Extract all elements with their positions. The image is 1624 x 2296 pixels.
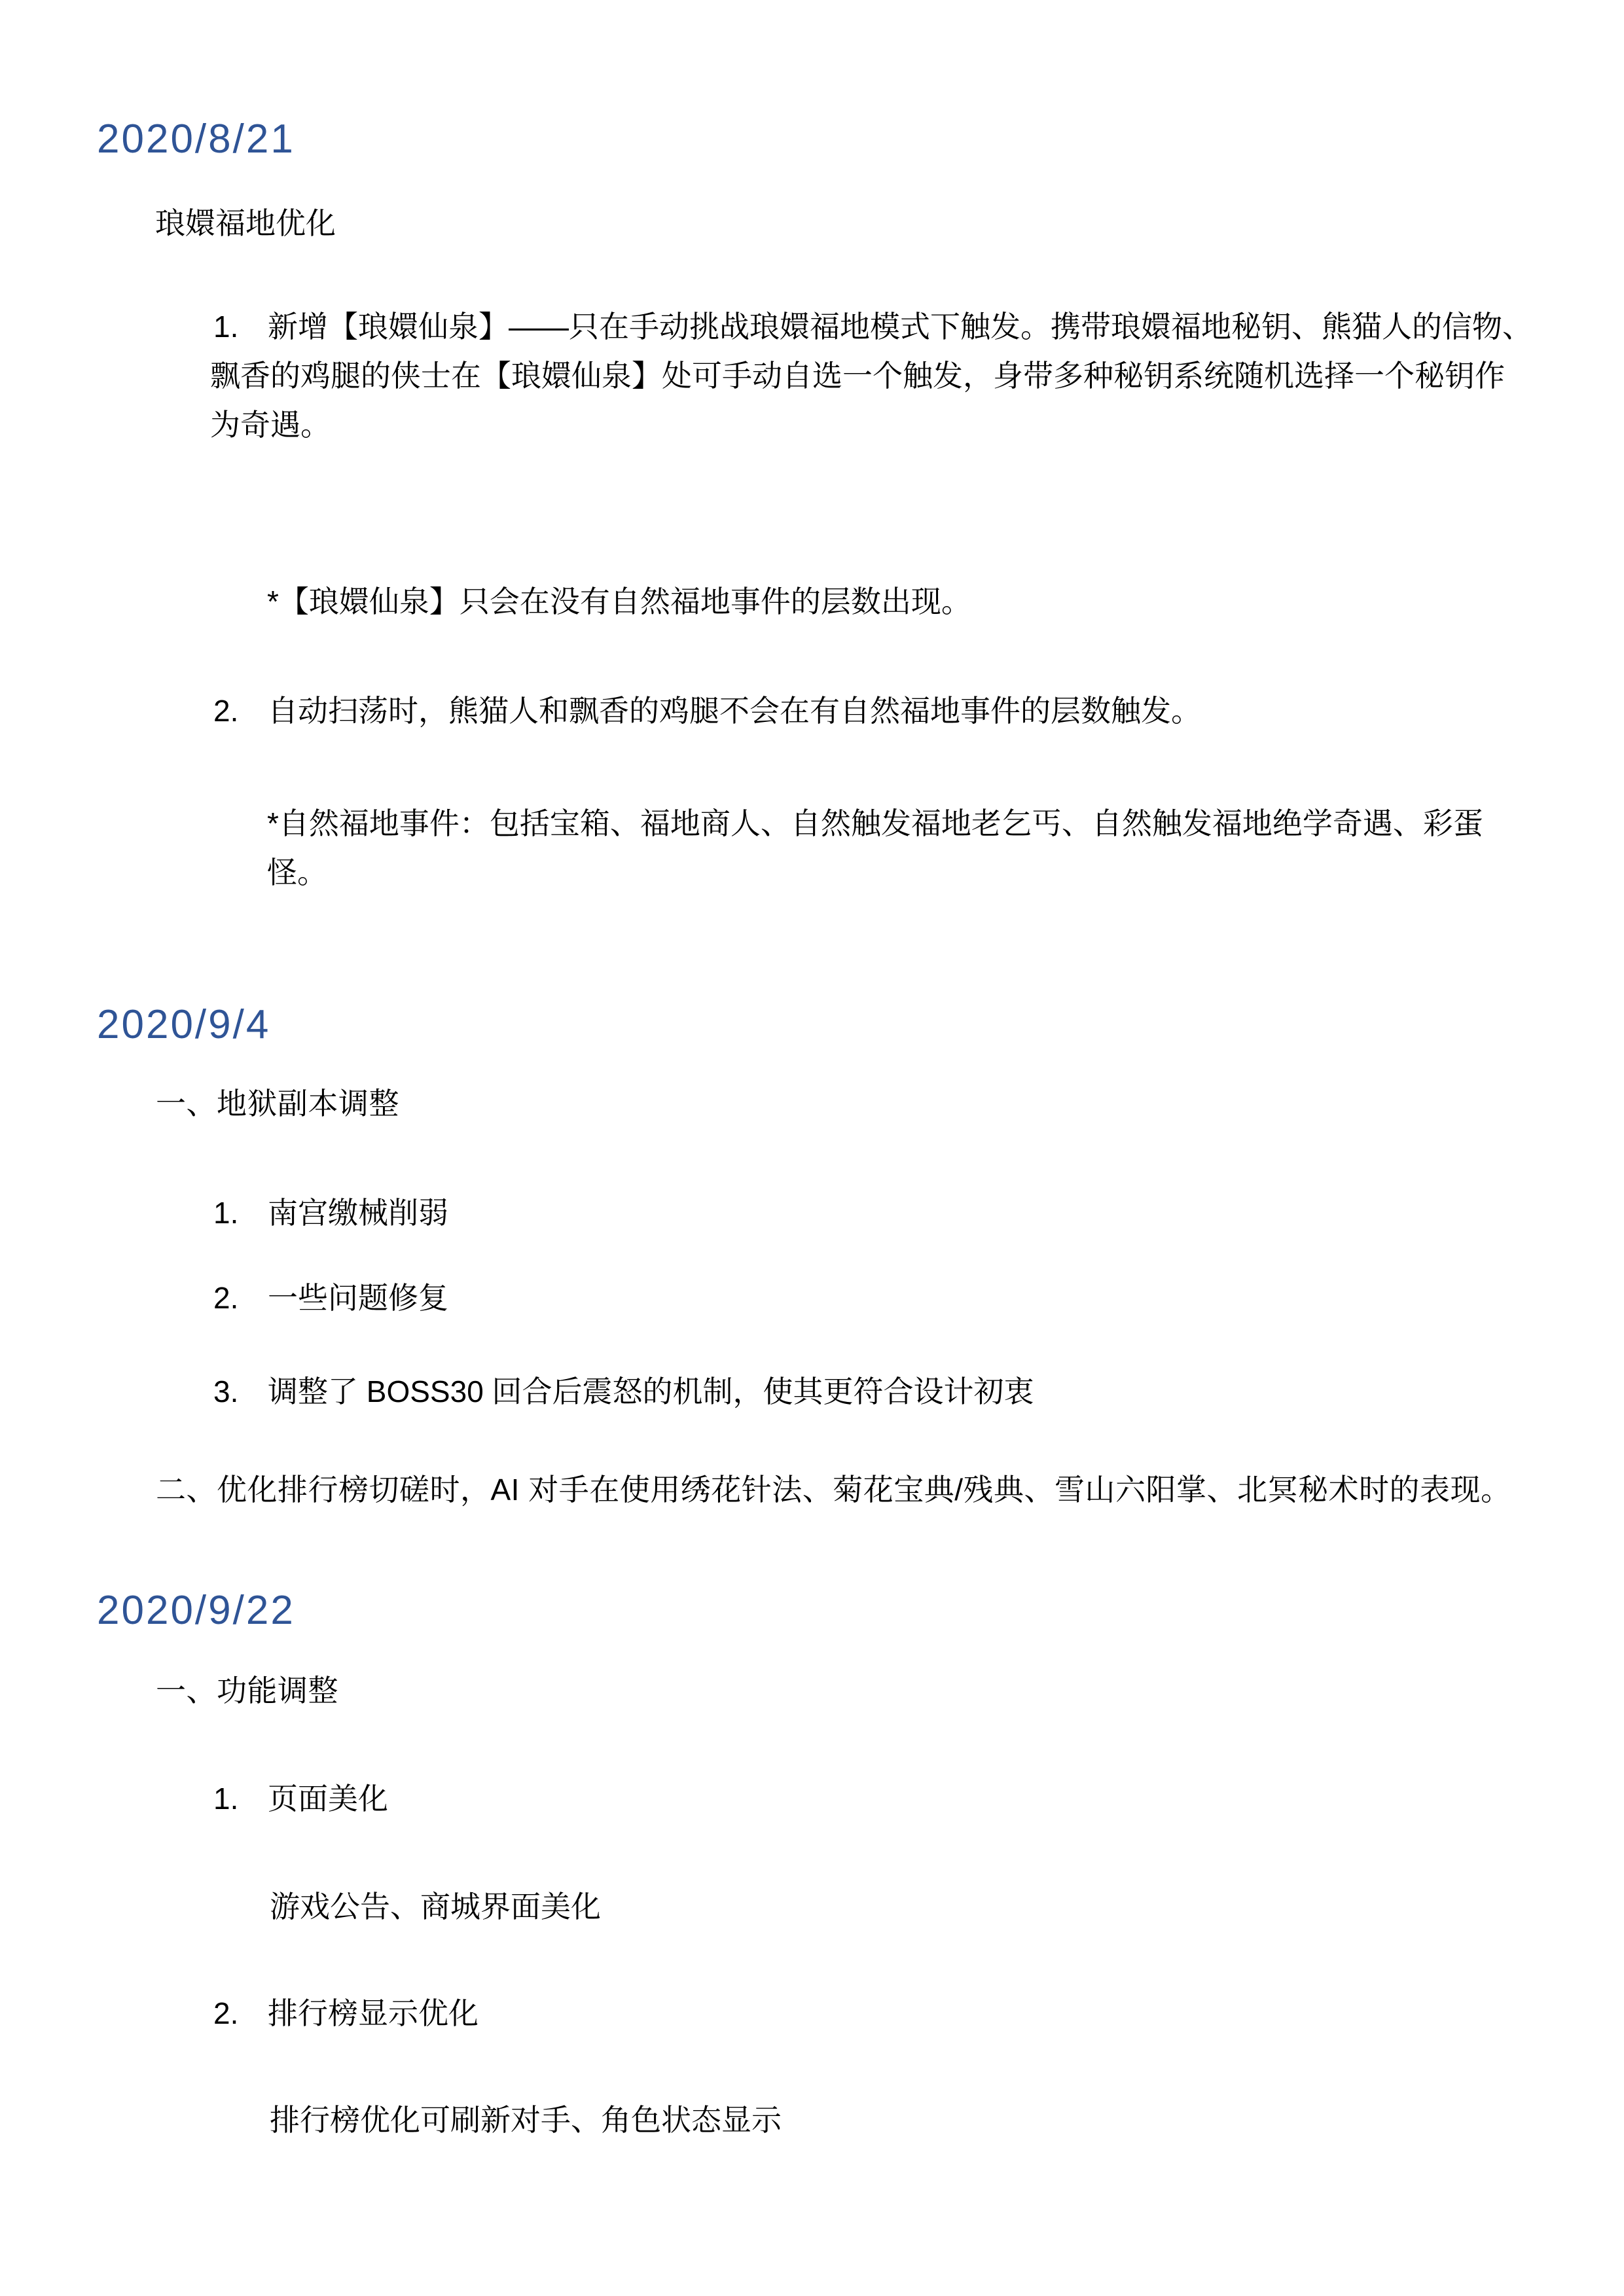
- list-item-number: 2.: [210, 1274, 268, 1323]
- list-item-page-beautify: 1.页面美化: [210, 1774, 388, 1823]
- list-item-number: 1.: [210, 1774, 268, 1823]
- sub-heading-hell-dungeon: 一、地狱副本调整: [156, 1079, 399, 1128]
- list-item-number: 2.: [210, 1989, 268, 2038]
- sub-text-ranking-refresh-status: 排行榜优化可刷新对手、角色状态显示: [270, 2096, 782, 2145]
- list-item-number: 1.: [210, 1189, 268, 1238]
- list-item-text: 排行榜显示优化: [268, 1996, 478, 2030]
- list-item-text: 自动扫荡时，熊猫人和飘香的鸡腿不会在有自然福地事件的层数触发。: [268, 694, 1201, 728]
- list-item-text: 南宫缴械削弱: [268, 1196, 448, 1230]
- list-item-1: 1.新增【琅嬛仙泉】——只在手动挑战琅嬛福地模式下触发。携带琅嬛福地秘钥、熊猫人…: [210, 302, 1532, 450]
- list-item-bug-fixes: 2.一些问题修复: [210, 1274, 448, 1323]
- sub-heading-function-adjustment: 一、功能调整: [156, 1666, 338, 1715]
- date-heading-2020-9-4: 2020/9/4: [97, 999, 270, 1051]
- sub-text-announcement-mall-beautify: 游戏公告、商城界面美化: [270, 1882, 601, 1931]
- list-item-2: 2.自动扫荡时，熊猫人和飘香的鸡腿不会在有自然福地事件的层数触发。: [210, 687, 1559, 736]
- list-item-ranking-display: 2.排行榜显示优化: [210, 1989, 478, 2038]
- list-item-text: 调整了 BOSS30 回合后震怒的机制，使其更符合设计初衷: [268, 1374, 1034, 1408]
- list-item-text: 新增【琅嬛仙泉】——只在手动挑战琅嬛福地模式下触发。携带琅嬛福地秘钥、熊猫人的信…: [210, 310, 1532, 442]
- date-heading-2020-9-22: 2020/9/22: [97, 1585, 295, 1637]
- list-item-boss30-rage: 3.调整了 BOSS30 回合后震怒的机制，使其更符合设计初衷: [210, 1367, 1034, 1416]
- footnote-natural-blessed-land-events: *自然福地事件：包括宝箱、福地商人、自然触发福地老乞丐、自然触发福地绝学奇遇、彩…: [267, 799, 1517, 897]
- section-intro: 琅嬛福地优化: [155, 199, 336, 248]
- footnote-langhuan-spring: *【琅嬛仙泉】只会在没有自然福地事件的层数出现。: [267, 577, 971, 626]
- list-item-number: 3.: [210, 1367, 268, 1416]
- list-item-number: 1.: [210, 302, 268, 351]
- list-item-text: 一些问题修复: [268, 1281, 448, 1315]
- list-item-text: 页面美化: [268, 1782, 388, 1816]
- list-item-number: 2.: [210, 687, 268, 736]
- date-heading-2020-8-21: 2020/8/21: [97, 113, 295, 166]
- document-page: 2020/8/21 琅嬛福地优化 1.新增【琅嬛仙泉】——只在手动挑战琅嬛福地模…: [0, 0, 1624, 2296]
- sub-heading-ranking-ai-optimization: 二、优化排行榜切磋时，AI 对手在使用绣花针法、菊花宝典/残典、雪山六阳掌、北冥…: [156, 1465, 1511, 1515]
- list-item-nangong-nerf: 1.南宫缴械削弱: [210, 1189, 448, 1238]
